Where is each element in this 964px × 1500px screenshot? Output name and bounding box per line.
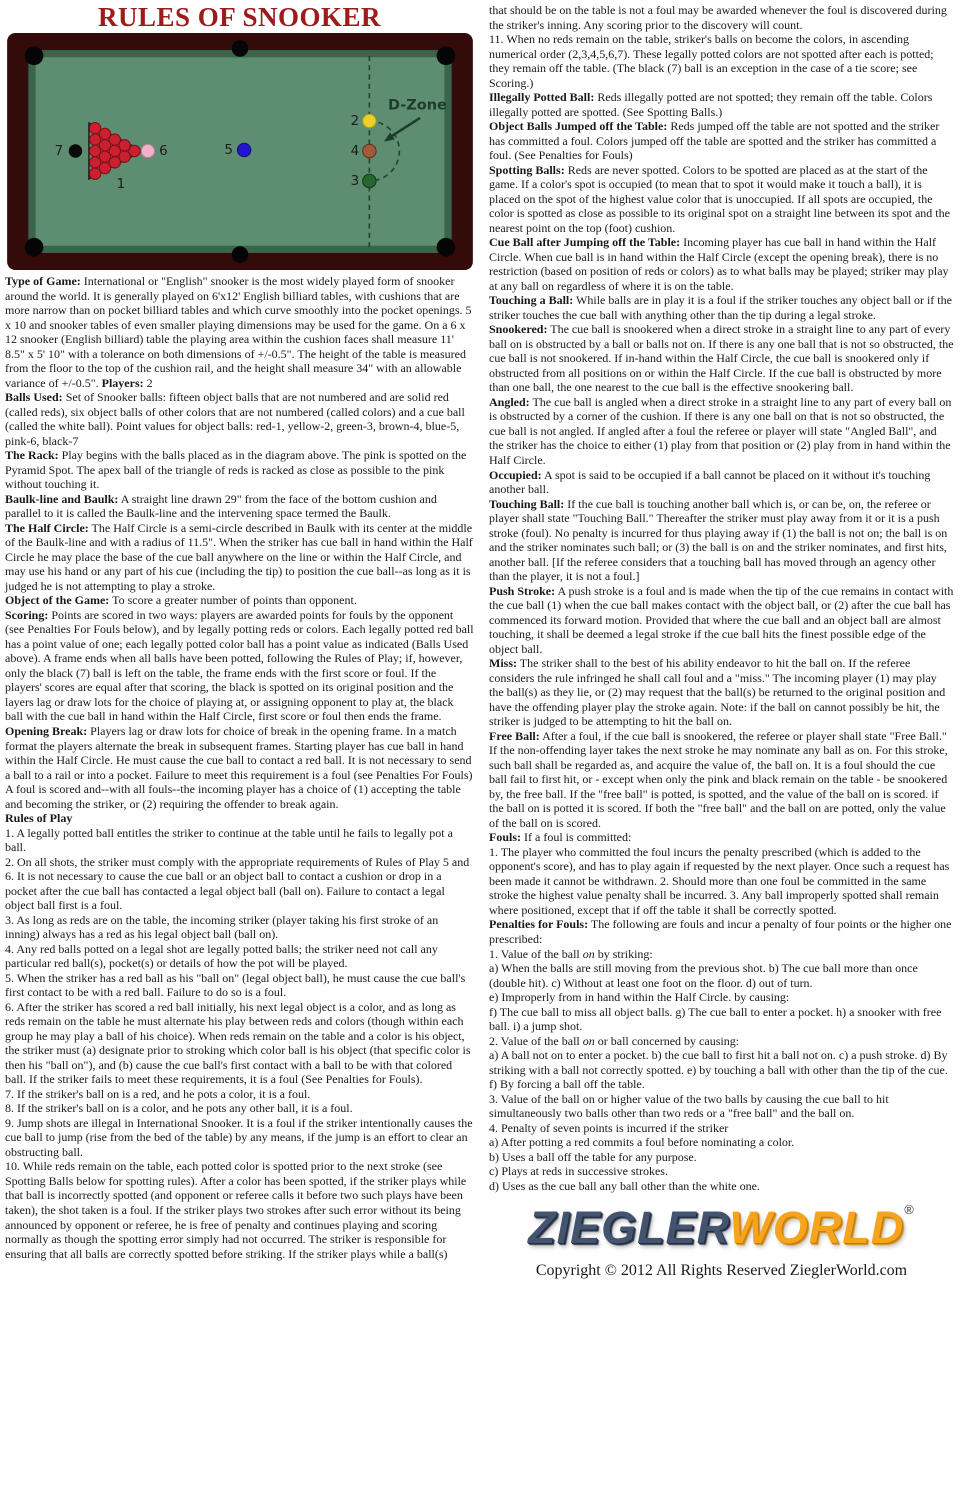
page-title: RULES OF SNOOKER (5, 2, 474, 33)
paragraph: Angled: The cue ball is angled when a di… (489, 395, 954, 468)
registered-mark-icon: ® (904, 1202, 915, 1217)
paragraph: a) A ball not on to enter a pocket. b) t… (489, 1048, 954, 1092)
paragraph: Type of Game: International or "English"… (5, 274, 474, 390)
paragraph: 1. A legally potted ball entitles the st… (5, 826, 474, 855)
paragraph: The Half Circle: The Half Circle is a se… (5, 521, 474, 594)
paragraph: 11. When no reds remain on the table, st… (489, 32, 954, 90)
paragraph: Spotting Balls: Reds are never spotted. … (489, 163, 954, 236)
paragraph: Object Balls Jumped off the Table: Reds … (489, 119, 954, 163)
right-column-text: that should be on the table is not a fou… (489, 3, 954, 1193)
paragraph: Snookered: The cue ball is snookered whe… (489, 322, 954, 395)
paragraph: c) Plays at reds in successive strokes. (489, 1164, 954, 1179)
paragraph: The Rack: Play begins with the balls pla… (5, 448, 474, 492)
paragraph: f) The cue ball to miss all object balls… (489, 1005, 954, 1034)
paragraph: 7. If the striker's ball on is a red, an… (5, 1087, 474, 1102)
paragraph: 10. While reds remain on the table, each… (5, 1159, 474, 1261)
paragraph: 2. Value of the ball on or ball concerne… (489, 1034, 954, 1049)
paragraph: 5. When the striker has a red ball as hi… (5, 971, 474, 1000)
paragraph: Illegally Potted Ball: Reds illegally po… (489, 90, 954, 119)
left-column: RULES OF SNOOKER (0, 0, 482, 1500)
paragraph: Free Ball: After a foul, if the cue ball… (489, 729, 954, 831)
paragraph: a) After potting a red commits a foul be… (489, 1135, 954, 1150)
pink-ball (141, 144, 154, 157)
footer: ZIEGLERWORLD® Copyright © 2012 All Right… (489, 1203, 954, 1280)
snooker-rules-page: RULES OF SNOOKER (0, 0, 964, 1500)
right-column: that should be on the table is not a fou… (482, 0, 964, 1500)
yellow-ball-label: 2 (350, 114, 359, 129)
paragraph: Scoring: Points are scored in two ways: … (5, 608, 474, 724)
black-ball-label: 7 (54, 144, 63, 159)
snooker-table-diagram: 7 1 6 5 2 4 3 D-Zone (5, 33, 474, 270)
paragraph: Balls Used: Set of Snooker balls: fiftee… (5, 390, 474, 448)
brown-ball (362, 144, 375, 157)
paragraph: e) Improperly from in hand within the Ha… (489, 990, 954, 1005)
black-ball (68, 144, 81, 157)
blue-ball-label: 5 (224, 143, 233, 158)
zieglerworld-logo: ZIEGLERWORLD® (489, 1203, 954, 1253)
paragraph: Occupied: A spot is said to be occupied … (489, 468, 954, 497)
yellow-ball (362, 114, 375, 127)
paragraph: Touching Ball: If the cue ball is touchi… (489, 497, 954, 584)
paragraph: Baulk-line and Baulk: A straight line dr… (5, 492, 474, 521)
paragraph: 1. Value of the ball on by striking: (489, 947, 954, 962)
copyright-text: Copyright © 2012 All Rights Reserved Zie… (489, 1262, 954, 1280)
paragraph: Miss: The striker shall to the best of h… (489, 656, 954, 729)
brown-ball-label: 4 (350, 144, 359, 159)
paragraph: Push Stroke: A push stroke is a foul and… (489, 584, 954, 657)
logo-world-text: WORLD (729, 1202, 904, 1253)
green-ball (362, 174, 375, 187)
paragraph: 2. On all shots, the striker must comply… (5, 855, 474, 913)
logo-ziegler-text: ZIEGLER (528, 1202, 729, 1253)
paragraph: d) Uses as the cue ball any ball other t… (489, 1179, 954, 1194)
paragraph: Cue Ball after Jumping off the Table: In… (489, 235, 954, 293)
paragraph: b) Uses a ball off the table for any pur… (489, 1150, 954, 1165)
paragraph: Fouls: If a foul is committed: (489, 830, 954, 845)
paragraph: that should be on the table is not a fou… (489, 3, 954, 32)
paragraph: Penalties for Fouls: The following are f… (489, 917, 954, 946)
rack-label: 1 (116, 177, 125, 192)
paragraph: 9. Jump shots are illegal in Internation… (5, 1116, 474, 1160)
paragraph: 4. Any red balls potted on a legal shot … (5, 942, 474, 971)
paragraph: Opening Break: Players lag or draw lots … (5, 724, 474, 811)
d-zone-label: D-Zone (387, 98, 446, 114)
pink-ball-label: 6 (159, 144, 168, 159)
paragraph: Rules of Play (5, 811, 474, 826)
paragraph: 3. As long as reds are on the table, the… (5, 913, 474, 942)
paragraph: a) When the balls are still moving from … (489, 961, 954, 990)
paragraph: 4. Penalty of seven points is incurred i… (489, 1121, 954, 1136)
paragraph: Touching a Ball: While balls are in play… (489, 293, 954, 322)
blue-ball (237, 143, 250, 156)
paragraph: 6. After the striker has scored a red ba… (5, 1000, 474, 1087)
left-column-text: Type of Game: International or "English"… (5, 274, 474, 1261)
paragraph: 3. Value of the ball on or higher value … (489, 1092, 954, 1121)
paragraph: 1. The player who committed the foul inc… (489, 845, 954, 918)
paragraph: Object of the Game: To score a greater n… (5, 593, 474, 608)
green-ball-label: 3 (350, 174, 359, 189)
paragraph: 8. If the striker's ball on is a color, … (5, 1101, 474, 1116)
